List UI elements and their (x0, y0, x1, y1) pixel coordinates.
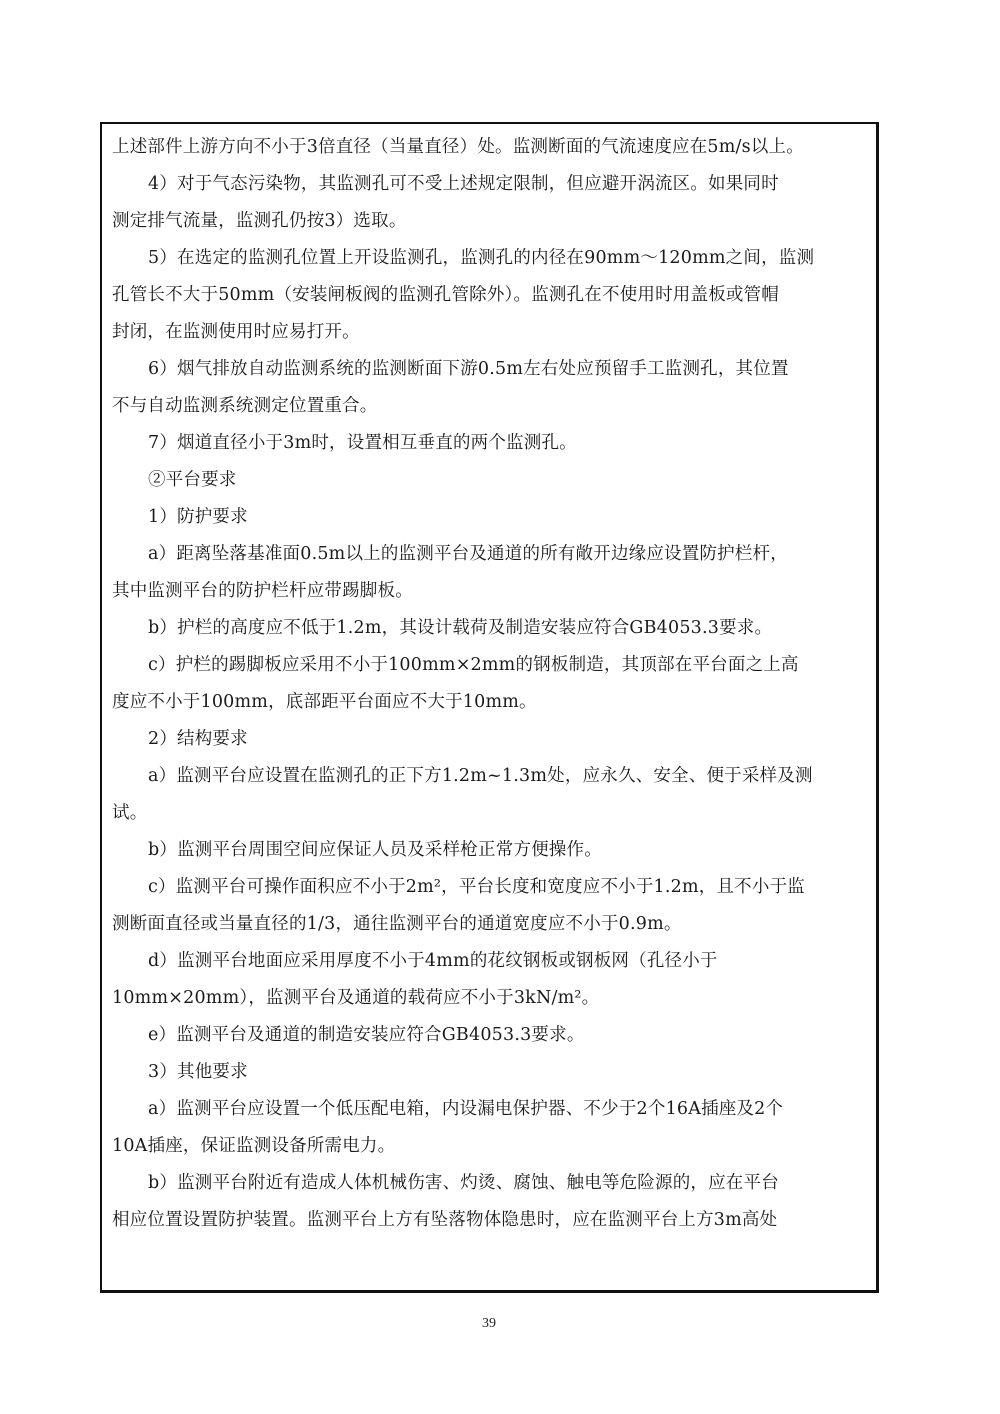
text-line: 6）烟气排放自动监测系统的监测断面下游0.5m左右处应预留手工监测孔，其位置 (148, 354, 789, 384)
text-line: 不与自动监测系统测定位置重合。 (112, 391, 378, 421)
text-line: 10A插座，保证监测设备所需电力。 (112, 1131, 395, 1161)
text-line: 封闭，在监测使用时应易打开。 (112, 317, 360, 347)
subsection-heading: 3）其他要求 (148, 1057, 248, 1087)
text-line: 其中监测平台的防护栏杆应带踢脚板。 (112, 576, 413, 606)
text-line: d）监测平台地面应采用厚度不小于4mm的花纹钢板或钢板网（孔径小于 (148, 946, 718, 976)
text-line: b）监测平台周围空间应保证人员及采样枪正常方便操作。 (148, 835, 602, 865)
text-line: a）监测平台应设置一个低压配电箱，内设漏电保护器、不少于2个16A插座及2个 (148, 1094, 783, 1124)
text-line: b）护栏的高度应不低于1.2m，其设计载荷及制造安装应符合GB4053.3要求。 (148, 613, 772, 643)
text-line: 10mm×20mm），监测平台及通道的载荷应不小于3kN/m²。 (112, 983, 599, 1013)
text-line: a）监测平台应设置在监测孔的正下方1.2m~1.3m处，应永久、安全、便于采样及… (148, 761, 813, 791)
text-line: 测断面直径或当量直径的1/3，通往监测平台的通道宽度应不小于0.9m。 (112, 909, 682, 939)
text-line: 试。 (112, 798, 147, 828)
text-line: c）监测平台可操作面积应不小于2m²，平台长度和宽度应不小于1.2m，且不小于监 (148, 872, 805, 902)
text-line: 孔管长不大于50mm（安装闸板阀的监测孔管除外）。监测孔在不使用时用盖板或管帽 (112, 280, 779, 310)
text-line: 5）在选定的监测孔位置上开设监测孔，监测孔的内径在90mm～120mm之间，监测 (148, 243, 814, 273)
text-line: 相应位置设置防护装置。监测平台上方有坠落物体隐患时，应在监测平台上方3m高处 (112, 1205, 777, 1235)
text-line: 度应不小于100mm，底部距平台面应不大于10mm。 (112, 687, 537, 717)
section-heading: ②平台要求 (148, 465, 237, 495)
page-number: 39 (0, 1316, 978, 1332)
content-frame: 上述部件上游方向不小于3倍直径（当量直径）处。监测断面的气流速度应在5m/s以上… (100, 122, 879, 1293)
text-line: 4）对于气态污染物，其监测孔可不受上述规定限制，但应避开涡流区。如果同时 (148, 169, 779, 199)
text-line: 上述部件上游方向不小于3倍直径（当量直径）处。监测断面的气流速度应在5m/s以上… (112, 132, 804, 162)
text-line: a）距离坠落基准面0.5m以上的监测平台及通道的所有敞开边缘应设置防护栏杆， (148, 539, 788, 569)
subsection-heading: 1）防护要求 (148, 502, 248, 532)
text-line: b）监测平台附近有造成人体机械伤害、灼烫、腐蚀、触电等危险源的，应在平台 (148, 1168, 779, 1198)
text-line: c）护栏的踢脚板应采用不小于100mm×2mm的钢板制造，其顶部在平台面之上高 (148, 650, 799, 680)
text-line: 测定排气流量，监测孔仍按3）选取。 (112, 206, 407, 236)
text-line: e）监测平台及通道的制造安装应符合GB4053.3要求。 (148, 1020, 585, 1050)
subsection-heading: 2）结构要求 (148, 724, 248, 754)
text-line: 7）烟道直径小于3m时，设置相互垂直的两个监测孔。 (148, 428, 577, 458)
